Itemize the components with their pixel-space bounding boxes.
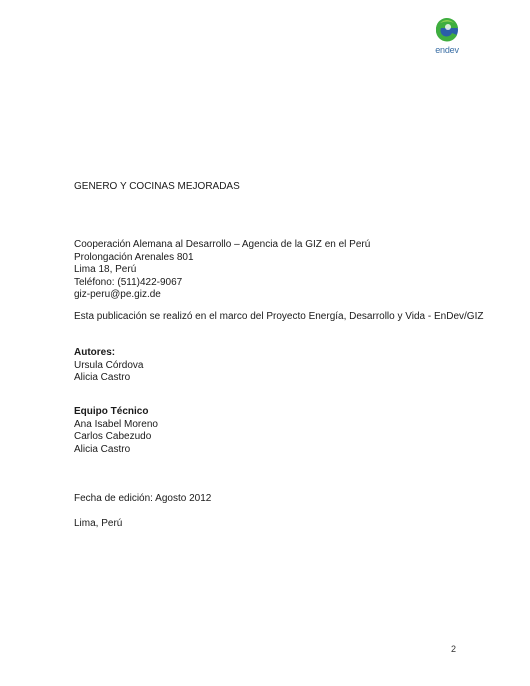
author-name: Alicia Castro: [74, 372, 130, 385]
email: giz-peru@pe.giz.de: [74, 289, 161, 302]
city: Lima 18, Perú: [74, 264, 136, 277]
team-member-name: Ana Isabel Moreno: [74, 419, 158, 432]
document-page: endev GENERO Y COCINAS MEJORADAS Coopera…: [0, 0, 530, 686]
page-number: 2: [451, 644, 456, 654]
author-name: Ursula Córdova: [74, 360, 143, 373]
endev-logo: endev: [427, 14, 467, 60]
authors-heading: Autores:: [74, 347, 115, 360]
team-member-name: Alicia Castro: [74, 444, 130, 457]
document-title: GENERO Y COCINAS MEJORADAS: [74, 181, 240, 194]
phone: Teléfono: (511)422-9067: [74, 277, 182, 290]
technical-team-heading: Equipo Técnico: [74, 406, 148, 419]
place: Lima, Perú: [74, 518, 122, 531]
street-address: Prolongación Arenales 801: [74, 252, 194, 265]
organization: Cooperación Alemana al Desarrollo – Agen…: [74, 239, 370, 252]
globe-e-icon: [427, 14, 467, 46]
logo-text: endev: [427, 45, 467, 55]
edition-date: Fecha de edición: Agosto 2012: [74, 493, 211, 506]
team-member-name: Carlos Cabezudo: [74, 431, 151, 444]
publication-note: Esta publicación se realizó en el marco …: [74, 311, 483, 324]
